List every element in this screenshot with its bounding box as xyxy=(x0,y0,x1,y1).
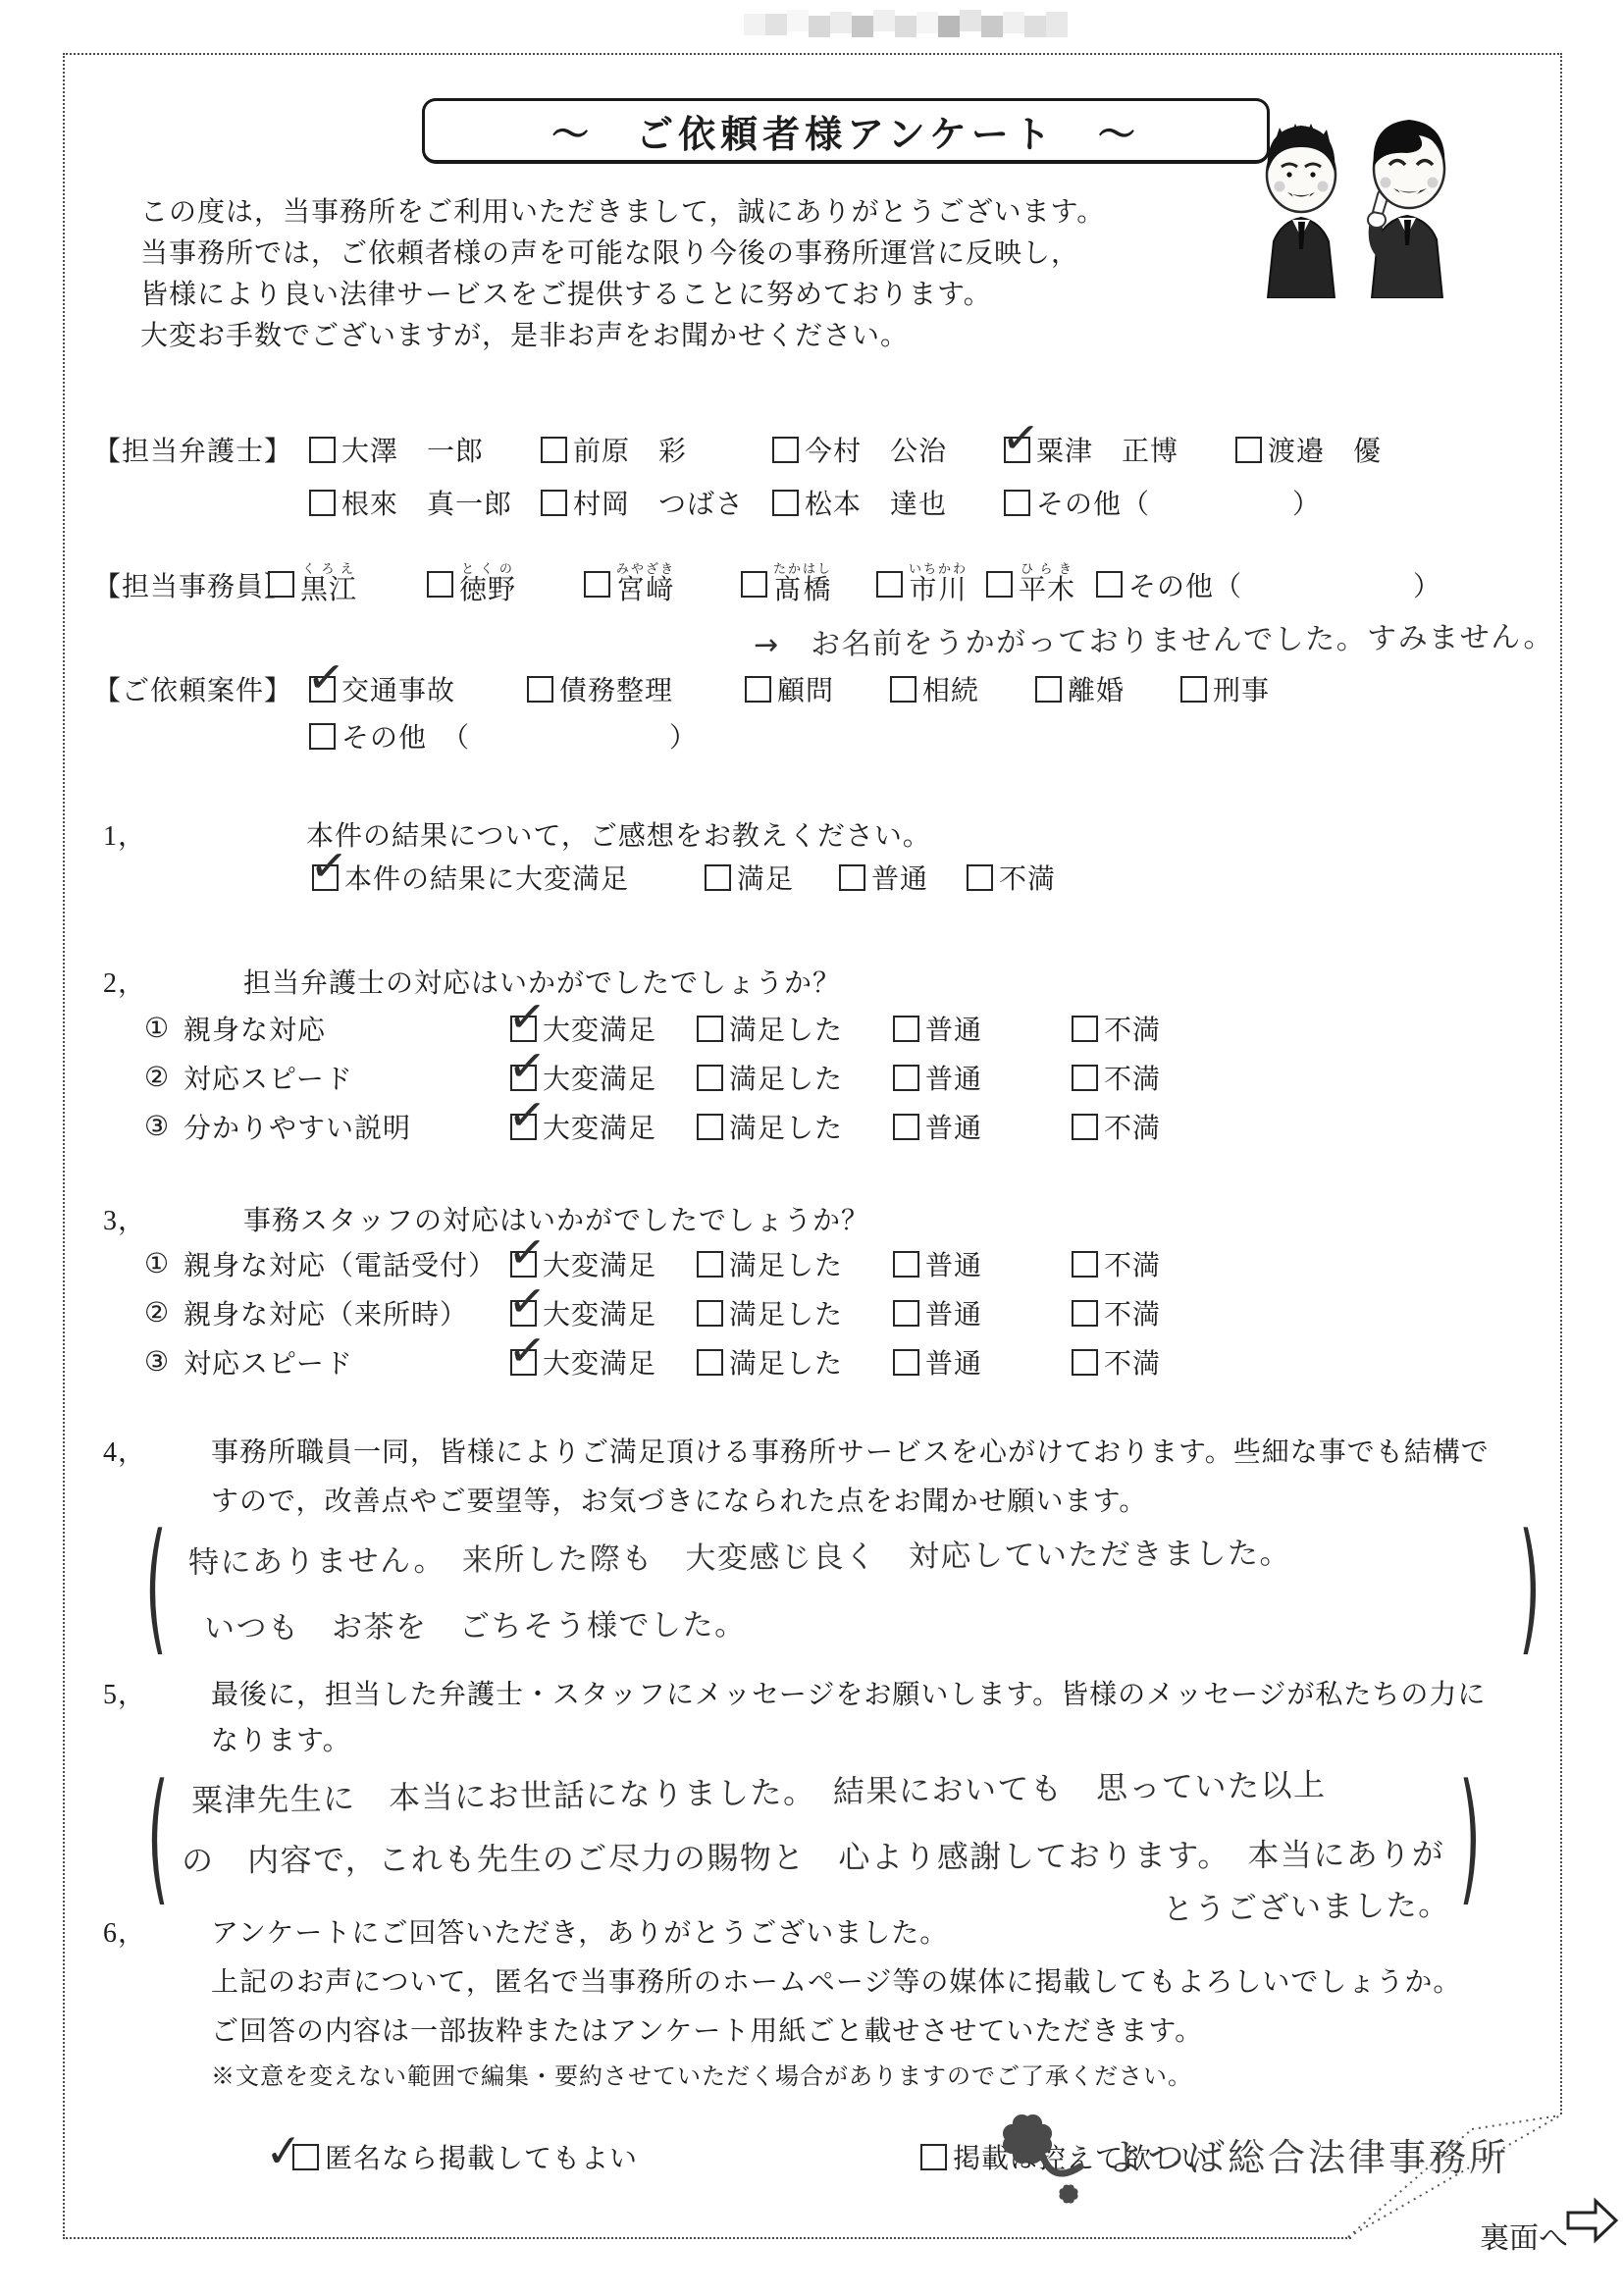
lawyer-option[interactable]: ✓ 大澤 一郎 xyxy=(309,430,541,469)
answer-paren-close: ) xyxy=(1459,1763,1481,1916)
lawyer-section-row2: ✓ 根來 真一郎 ✓ 村岡 つばさ ✓ 松本 達也 ✓ その他（ ） xyxy=(309,483,1321,522)
option-label: 普通 xyxy=(925,1107,982,1146)
checkbox[interactable]: ✓ xyxy=(584,571,610,598)
checkbox[interactable]: ✓ xyxy=(541,490,567,516)
option-label: 不満 xyxy=(1104,1244,1161,1283)
q3-number: 3， xyxy=(103,1199,243,1238)
checkbox[interactable]: ✓ xyxy=(876,571,903,598)
staff-name: 平木 xyxy=(1019,575,1075,605)
case-name: 離婚 xyxy=(1068,669,1125,708)
lawyer-option[interactable]: ✓ 村岡 つばさ xyxy=(541,483,772,522)
checkbox[interactable]: ✓ xyxy=(1004,437,1030,463)
option-label: 大変満足 xyxy=(543,1107,656,1146)
lawyer-cartoon-left xyxy=(1267,124,1335,298)
intro-line: 大変お手数でございますが，是非お声をお聞かせください。 xyxy=(140,316,1105,357)
option-label: 大変満足 xyxy=(543,1342,656,1382)
q1-option[interactable]: ✓ 本件の結果に大変満足 xyxy=(312,858,705,897)
lawyer-name: 今村 公治 xyxy=(805,430,947,469)
case-name: 相続 xyxy=(922,669,979,708)
lawyer-name: 大澤 一郎 xyxy=(341,430,484,469)
option-label: 満足した xyxy=(729,1342,843,1382)
q4-text-line2: すので，改善点やご要望等，お気づきになられた点をお聞かせ願います。 xyxy=(211,1480,1147,1519)
staff-furigana: いちかわ xyxy=(909,561,968,576)
rating-option[interactable]: ✓満足した xyxy=(697,1009,893,1048)
option-label: 匿名なら掲載してもよい xyxy=(325,2137,638,2176)
option-label: 不満 xyxy=(1104,1009,1161,1048)
checkbox[interactable]: ✓ xyxy=(967,864,993,891)
option-label: 不満 xyxy=(1104,1293,1161,1332)
lawyer-name: その他（ ） xyxy=(1036,483,1321,522)
staff-option[interactable]: ✓ 宮﨑みやざき xyxy=(584,561,741,607)
clover-logo-icon xyxy=(986,2102,1104,2210)
checkbox[interactable]: ✓ xyxy=(893,1114,919,1140)
rating-option[interactable]: ✓普通 xyxy=(893,1293,1072,1332)
q6-question: 6， アンケートにご回答いただき，ありがとうございました。 xyxy=(103,1911,948,1951)
staff-section-label: 【担当事務員】 xyxy=(93,565,268,604)
case-name: 刑事 xyxy=(1213,669,1270,708)
case-name: 顧問 xyxy=(777,669,834,708)
intro-line: 当事務所では，ご依頼者様の声を可能な限り今後の事務所運営に反映し， xyxy=(140,234,1105,275)
q2-row2: ② 対応スピード ✓大変満足 ✓満足した ✓普通 ✓不満 xyxy=(144,1058,1161,1097)
q1-text: 本件の結果について，ご感想をお教えください。 xyxy=(306,814,931,854)
case-option[interactable]: ✓ 債務整理 xyxy=(527,669,745,708)
option-label: 満足した xyxy=(729,1244,843,1283)
back-page-label: 裏面へ xyxy=(1480,2214,1568,2257)
staff-name: 黒江 xyxy=(300,575,357,605)
staff-option-other[interactable]: ✓ その他（ ） xyxy=(1096,565,1441,604)
staff-option[interactable]: ✓ 平木ひらき xyxy=(986,561,1096,607)
checkbox[interactable]: ✓ xyxy=(1072,1065,1098,1091)
q6-note: ※文意を変えない範囲で編集・要約させていただく場合がありますのでご了承ください。 xyxy=(211,2057,1192,2091)
back-page-arrow-icon xyxy=(1566,2196,1619,2245)
scan-blur-artifact xyxy=(744,4,1068,47)
rating-option[interactable]: ✓不満 xyxy=(1072,1009,1161,1048)
q6-number: 6， xyxy=(103,1911,211,1951)
case-section-row1: 【ご依頼案件】 ✓ 交通事故 ✓ 債務整理 ✓ 顧問 ✓ 相続 ✓ 離婚 ✓ 刑… xyxy=(93,669,1270,708)
checkbox[interactable]: ✓ xyxy=(1035,676,1062,703)
rating-option[interactable]: ✓不満 xyxy=(1072,1342,1161,1382)
staff-furigana: とくの xyxy=(459,561,516,576)
q5-number: 5， xyxy=(103,1673,211,1712)
rating-option[interactable]: ✓満足した xyxy=(697,1293,893,1332)
staff-name: 市川 xyxy=(909,575,968,605)
q5-text-line1: 最後に，担当した弁護士・スタッフにメッセージをお願いします。皆様のメッセージが私… xyxy=(211,1673,1486,1712)
checkbox[interactable]: ✓ xyxy=(893,1016,919,1042)
q6-text-line3: ご回答の内容は一部抜粋またはアンケート用紙ごと載せさせていただきます。 xyxy=(211,2009,1203,2049)
item-label: 対応スピード xyxy=(183,1342,510,1382)
checkmark-icon: ✓ xyxy=(263,2126,304,2174)
q6-text-line1: アンケートにご回答いただき，ありがとうございました。 xyxy=(211,1911,948,1951)
checkbox[interactable]: ✓ xyxy=(890,676,916,703)
staff-furigana: ひらき xyxy=(1019,561,1075,576)
item-label: 対応スピード xyxy=(183,1058,510,1097)
q4-question: 4， 事務所職員一同，皆様によりご満足頂ける事務所サービスを心がけております。些… xyxy=(103,1431,1490,1470)
option-label: 大変満足 xyxy=(543,1009,656,1048)
staff-section-row: 【担当事務員】 ✓ 黒江くろえ ✓ 徳野とくの ✓ 宮﨑みやざき ✓ 髙橋たかは… xyxy=(93,561,1441,607)
lawyer-option[interactable]: ✓ 今村 公治 xyxy=(772,430,1004,469)
lawyer-section-row1: 【担当弁護士】 ✓ 大澤 一郎 ✓ 前原 彩 ✓ 今村 公治 ✓ 粟津 正博 ✓… xyxy=(93,430,1382,469)
case-option[interactable]: ✓ 刑事 xyxy=(1180,669,1270,708)
item-number: ② xyxy=(144,1296,183,1330)
rating-option[interactable]: ✓普通 xyxy=(893,1107,1072,1146)
publish-option-anonymous-ok[interactable]: ✓ 匿名なら掲載してもよい xyxy=(292,2137,920,2176)
lawyer-name: 前原 彩 xyxy=(573,430,687,469)
rating-option[interactable]: ✓不満 xyxy=(1072,1058,1161,1097)
option-label: 大変満足 xyxy=(543,1244,656,1283)
q4-handwritten-line2: いつも お茶を ごちそう様でした。 xyxy=(204,1599,747,1647)
q6-text-line2: 上記のお声について，匿名で当事務所のホームページ等の媒体に掲載してもよろしいでし… xyxy=(211,1960,1461,2000)
option-label: 普通 xyxy=(925,1058,982,1097)
case-other-label: その他 （ ） xyxy=(341,716,698,756)
q2-row1: ① 親身な対応 ✓大変満足 ✓満足した ✓普通 ✓不満 xyxy=(144,1009,1161,1048)
q4-number: 4， xyxy=(103,1431,211,1470)
item-number: ① xyxy=(144,1247,183,1280)
rating-option[interactable]: ✓普通 xyxy=(893,1342,1072,1382)
q4-text-line1: 事務所職員一同，皆様によりご満足頂ける事務所サービスを心がけております。些細な事… xyxy=(211,1431,1490,1470)
q2-number: 2， xyxy=(103,962,243,1001)
checkbox[interactable]: ✓ xyxy=(697,1251,723,1278)
item-number: ① xyxy=(144,1012,183,1045)
staff-option[interactable]: ✓ 徳野とくの xyxy=(427,561,584,607)
item-number: ③ xyxy=(144,1345,183,1379)
checkbox[interactable]: ✓ xyxy=(527,676,553,703)
checkbox[interactable]: ✓ xyxy=(893,1251,919,1278)
rating-option[interactable]: ✓不満 xyxy=(1072,1293,1161,1332)
checkbox[interactable]: ✓ xyxy=(1072,1016,1098,1042)
checkbox[interactable]: ✓ xyxy=(1072,1114,1098,1140)
staff-option[interactable]: ✓ 市川いちかわ xyxy=(876,561,986,607)
option-label: 不満 xyxy=(1104,1107,1161,1146)
checkbox[interactable]: ✓ xyxy=(510,1349,537,1376)
item-label: 分かりやすい説明 xyxy=(183,1107,510,1146)
checkbox[interactable]: ✓ xyxy=(697,1349,723,1376)
q3-question: 3， 事務スタッフの対応はいかがでしたでしょうか？ xyxy=(103,1199,869,1238)
intro-line: この度は，当事務所をご利用いただきまして，誠にありがとうございます。 xyxy=(140,192,1105,234)
case-section-label: 【ご依頼案件】 xyxy=(93,669,309,708)
checkbox[interactable]: ✓ xyxy=(745,676,771,703)
rating-option[interactable]: ✓普通 xyxy=(893,1009,1072,1048)
checkbox[interactable]: ✓ xyxy=(292,2144,319,2170)
q1-option[interactable]: ✓ 普通 xyxy=(839,858,967,897)
option-label: 普通 xyxy=(925,1244,982,1283)
rating-option[interactable]: ✓不満 xyxy=(1072,1107,1161,1146)
option-label: 普通 xyxy=(925,1342,982,1382)
checkmark-icon: ✓ xyxy=(506,992,549,1041)
form-title-text: ～ ご依頼者様アンケート ～ xyxy=(551,104,1140,158)
rating-option[interactable]: ✓満足した xyxy=(697,1107,893,1146)
lawyer-option[interactable]: ✓ 松本 達也 xyxy=(772,483,1004,522)
q5-handwritten-line2: の 内容で，これも先生のご尽力の賜物と 心より感謝しております。 本当にありが xyxy=(182,1830,1445,1882)
case-name: 交通事故 xyxy=(341,669,455,708)
checkbox[interactable]: ✓ xyxy=(1235,437,1262,463)
checkbox[interactable]: ✓ xyxy=(772,490,799,516)
rating-option[interactable]: ✓普通 xyxy=(893,1244,1072,1283)
rating-option[interactable]: ✓満足した xyxy=(697,1244,893,1283)
checkbox[interactable]: ✓ xyxy=(1096,571,1123,598)
item-label: 親身な対応（電話受付） xyxy=(183,1244,510,1283)
option-label: 満足した xyxy=(729,1107,843,1146)
checkbox[interactable]: ✓ xyxy=(741,571,767,598)
form-title: ～ ご依頼者様アンケート ～ xyxy=(422,98,1270,164)
case-option[interactable]: ✓ 交通事故 xyxy=(309,669,527,708)
two-lawyers-illustration xyxy=(1238,102,1474,298)
staff-furigana: たかはし xyxy=(773,561,832,576)
lawyer-option[interactable]: ✓ 前原 彩 xyxy=(541,430,772,469)
checkmark-icon: ✓ xyxy=(308,841,350,890)
lawyer-name: 粟津 正博 xyxy=(1036,430,1178,469)
checkmark-icon: ✓ xyxy=(305,652,347,702)
q5-question: 5， 最後に，担当した弁護士・スタッフにメッセージをお願いします。皆様のメッセー… xyxy=(103,1673,1486,1712)
checkbox[interactable]: ✓ xyxy=(309,437,336,463)
checkbox[interactable]: ✓ xyxy=(312,864,339,891)
option-label: 大変満足 xyxy=(543,1058,656,1097)
case-section-row2: ✓ その他 （ ） xyxy=(309,716,698,756)
lawyer-option[interactable]: ✓ 粟津 正博 xyxy=(1004,430,1235,469)
case-option-other[interactable]: ✓ その他 （ ） xyxy=(309,716,698,756)
q3-text: 事務スタッフの対応はいかがでしたでしょうか？ xyxy=(243,1199,869,1238)
q3-row2: ② 親身な対応（来所時） ✓大変満足 ✓満足した ✓普通 ✓不満 xyxy=(144,1293,1161,1332)
checkbox[interactable]: ✓ xyxy=(986,571,1013,598)
lawyer-name: 松本 達也 xyxy=(805,483,947,522)
q3-row3: ③ 対応スピード ✓大変満足 ✓満足した ✓普通 ✓不満 xyxy=(144,1342,1161,1382)
rating-option[interactable]: ✓大変満足 xyxy=(510,1107,697,1146)
rating-option[interactable]: ✓大変満足 xyxy=(510,1342,697,1382)
checkbox[interactable]: ✓ xyxy=(1072,1251,1098,1278)
intro-paragraph: この度は，当事務所をご利用いただきまして，誠にありがとうございます。 当事務所で… xyxy=(140,192,1105,357)
option-label: 満足 xyxy=(737,858,794,897)
staff-furigana: みやざき xyxy=(616,561,675,576)
q1-options: ✓ 本件の結果に大変満足 ✓ 満足 ✓ 普通 ✓ 不満 xyxy=(312,858,1056,897)
staff-option[interactable]: ✓ 髙橋たかはし xyxy=(741,561,876,607)
q5-handwritten-line3: とうございました。 xyxy=(1163,1879,1450,1928)
checkbox[interactable]: ✓ xyxy=(893,1349,919,1376)
lawyer-name: 根來 真一郎 xyxy=(341,483,512,522)
lawyer-cartoon-right xyxy=(1368,120,1444,298)
lawyer-option-other[interactable]: ✓ その他（ ） xyxy=(1004,483,1321,522)
checkbox[interactable]: ✓ xyxy=(697,1300,723,1327)
option-label: 不満 xyxy=(1104,1342,1161,1382)
checkbox[interactable]: ✓ xyxy=(309,723,336,750)
option-label: 大変満足 xyxy=(543,1293,656,1332)
checkmark-icon: ✓ xyxy=(506,1277,549,1326)
checkmark-icon: ✓ xyxy=(1000,413,1042,462)
q1-option[interactable]: ✓ 不満 xyxy=(967,858,1056,897)
checkbox[interactable]: ✓ xyxy=(1072,1349,1098,1376)
q5-text-line2: なります。 xyxy=(211,1719,351,1758)
checkmark-icon: ✓ xyxy=(506,1041,549,1090)
case-option[interactable]: ✓ 相続 xyxy=(890,669,1035,708)
checkbox[interactable]: ✓ xyxy=(309,490,336,516)
checkbox[interactable]: ✓ xyxy=(427,571,453,598)
checkbox[interactable]: ✓ xyxy=(697,1065,723,1091)
checkbox[interactable]: ✓ xyxy=(309,676,336,703)
checkbox[interactable]: ✓ xyxy=(920,2144,947,2170)
q2-question: 2， 担当弁護士の対応はいかがでしたでしょうか？ xyxy=(103,962,841,1001)
answer-paren-open: ( xyxy=(145,1513,167,1666)
checkmark-icon: ✓ xyxy=(506,1227,549,1277)
checkbox[interactable]: ✓ xyxy=(893,1065,919,1091)
rating-option[interactable]: ✓満足した xyxy=(697,1058,893,1097)
checkbox[interactable]: ✓ xyxy=(541,437,567,463)
lawyer-name: 村岡 つばさ xyxy=(573,483,744,522)
lawyer-option[interactable]: ✓ 根來 真一郎 xyxy=(309,483,541,522)
item-number: ③ xyxy=(144,1110,183,1143)
option-label: 満足した xyxy=(729,1058,843,1097)
item-number: ② xyxy=(144,1061,183,1094)
rating-option[interactable]: ✓普通 xyxy=(893,1058,1072,1097)
q1-option[interactable]: ✓ 満足 xyxy=(705,858,839,897)
option-label: 不満 xyxy=(999,858,1056,897)
option-label: 普通 xyxy=(925,1009,982,1048)
checkbox[interactable]: ✓ xyxy=(697,1016,723,1042)
staff-other-label: その他（ ） xyxy=(1128,565,1441,604)
answer-paren-open: ( xyxy=(147,1763,169,1916)
q3-row1: ① 親身な対応（電話受付） ✓大変満足 ✓満足した ✓普通 ✓不満 xyxy=(144,1244,1161,1283)
option-label: 普通 xyxy=(871,858,928,897)
case-option[interactable]: ✓ 顧問 xyxy=(745,669,890,708)
staff-name: 徳野 xyxy=(459,575,516,605)
checkbox[interactable]: ✓ xyxy=(893,1300,919,1327)
handwritten-staff-note: → お名前をうかがっておりませんでした。すみません。 xyxy=(754,612,1554,664)
checkbox[interactable]: ✓ xyxy=(839,864,865,891)
case-name: 債務整理 xyxy=(559,669,673,708)
option-label: 満足した xyxy=(729,1293,843,1332)
checkbox[interactable]: ✓ xyxy=(705,864,731,891)
option-label: 本件の結果に大変満足 xyxy=(344,858,629,897)
checkbox[interactable]: ✓ xyxy=(1004,490,1030,516)
checkbox[interactable]: ✓ xyxy=(772,437,799,463)
item-label: 親身な対応（来所時） xyxy=(183,1293,510,1332)
lawyer-name: 渡邉 優 xyxy=(1268,430,1382,469)
rating-option[interactable]: ✓不満 xyxy=(1072,1244,1161,1283)
checkbox[interactable]: ✓ xyxy=(1072,1300,1098,1327)
q2-row3: ③ 分かりやすい説明 ✓大変満足 ✓満足した ✓普通 ✓不満 xyxy=(144,1107,1161,1146)
option-label: 満足した xyxy=(729,1009,843,1048)
rating-option[interactable]: ✓満足した xyxy=(697,1342,893,1382)
staff-option[interactable]: ✓ 黒江くろえ xyxy=(268,561,427,607)
lawyer-section-label: 【担当弁護士】 xyxy=(93,430,309,469)
checkbox[interactable]: ✓ xyxy=(697,1114,723,1140)
staff-name: 髙橋 xyxy=(773,575,832,605)
option-label: 不満 xyxy=(1104,1058,1161,1097)
lawyer-option[interactable]: ✓ 渡邉 優 xyxy=(1235,430,1382,469)
checkbox[interactable]: ✓ xyxy=(510,1114,537,1140)
answer-paren-close: ) xyxy=(1519,1513,1541,1666)
case-option[interactable]: ✓ 離婚 xyxy=(1035,669,1180,708)
checkmark-icon: ✓ xyxy=(506,1326,549,1375)
item-label: 親身な対応 xyxy=(183,1009,510,1048)
staff-name: 宮﨑 xyxy=(616,575,675,605)
q1-number: 1， xyxy=(103,814,306,854)
checkbox[interactable]: ✓ xyxy=(268,571,294,598)
q1-question: 1， 本件の結果について，ご感想をお教えください。 xyxy=(103,814,931,854)
checkmark-icon: ✓ xyxy=(506,1090,549,1139)
intro-line: 皆様により良い法律サービスをご提供することに努めております。 xyxy=(140,275,1105,316)
checkbox[interactable]: ✓ xyxy=(1180,676,1207,703)
option-label: 普通 xyxy=(925,1293,982,1332)
staff-furigana: くろえ xyxy=(300,561,357,576)
